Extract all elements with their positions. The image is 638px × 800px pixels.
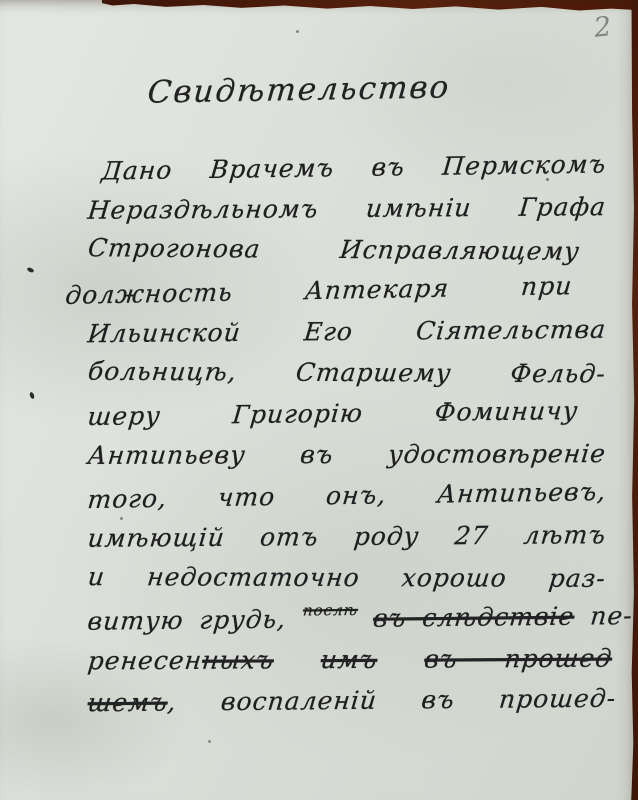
manuscript-line: Дано Врачемъ въ Пермскомъ [100,143,608,191]
ink-speck [208,740,211,743]
handwritten-text: шеру Григорію Фоминичу [86,396,579,431]
manuscript-line: витую грудь, послѣ въ слѣдствіе пе- [86,595,616,642]
handwritten-text: витую грудь, [86,605,303,636]
ink-speck [296,30,299,33]
manuscript-line: Ильинской Его Сіятельства [86,309,608,355]
torn-top-edge [102,0,638,11]
manuscript-scan: 2 Свидѣтельство Дано Врачемъ въ Пермском… [0,0,638,800]
handwritten-text: Ильинской Его Сіятельства [86,315,607,349]
manuscript-line: имѣющій отъ роду 27 лѣтъ [86,514,608,559]
handwritten-text: больницѣ, Старшему Фельд- [87,357,608,389]
manuscript-line: должность Аптекаря при [64,265,574,316]
struck-text: въ прошед [423,644,614,674]
page-number: 2 [592,11,613,44]
handwritten-text: Антипьеву въ удостовѣреніе [86,439,607,470]
manuscript-line: больницѣ, Старшему Фельд- [86,351,608,395]
manuscript-line: шеру Григорію Фоминичу [86,390,580,437]
struck-text: имъ [319,645,378,674]
handwritten-text: Нераздѣльномъ имѣніи Графа [86,192,607,225]
manuscript-line: Строгонова Исправляющему [86,227,582,271]
handwritten-text: того, что онъ, Антипьевъ, [86,477,607,514]
manuscript-line: того, что онъ, Антипьевъ, [86,471,608,520]
handwritten-text: Строгонова Исправляющему [87,233,582,265]
handwritten-text: и недостаточно хорошо раз- [87,562,608,593]
ink-speck [29,392,35,400]
handwritten-text: пе- [573,601,634,631]
manuscript-body: Дано Врачемъ въ Пермскомъ Нераздѣльномъ … [88,147,606,721]
backdrop-right-edge [629,0,638,800]
ink-speck [26,267,34,274]
handwritten-text: должность Аптекаря при [64,271,573,310]
manuscript-line: шемъ, воспаленій въ прошед- [86,678,618,724]
manuscript-line: ренесенныхъ имъ въ прошед [86,638,614,682]
handwritten-text [272,645,322,674]
document-title: Свидѣтельство [0,67,600,113]
handwritten-text: ренесен [86,646,203,676]
struck-inserted-word: послѣ [301,590,360,632]
struck-text: ныхъ [201,645,276,674]
struck-text: въ слѣдствіе [372,602,576,633]
handwritten-text [376,645,426,674]
manuscript-line: Антипьеву въ удостовѣреніе [86,433,608,476]
handwritten-text: имѣющій отъ роду 27 лѣтъ [86,520,607,553]
manuscript-line: Нераздѣльномъ имѣніи Графа [86,186,608,231]
struck-text: шемъ [86,688,169,718]
handwritten-text: , воспаленій въ прошед- [166,684,617,717]
handwritten-text: Дано Врачемъ въ Пермскомъ [100,149,607,185]
